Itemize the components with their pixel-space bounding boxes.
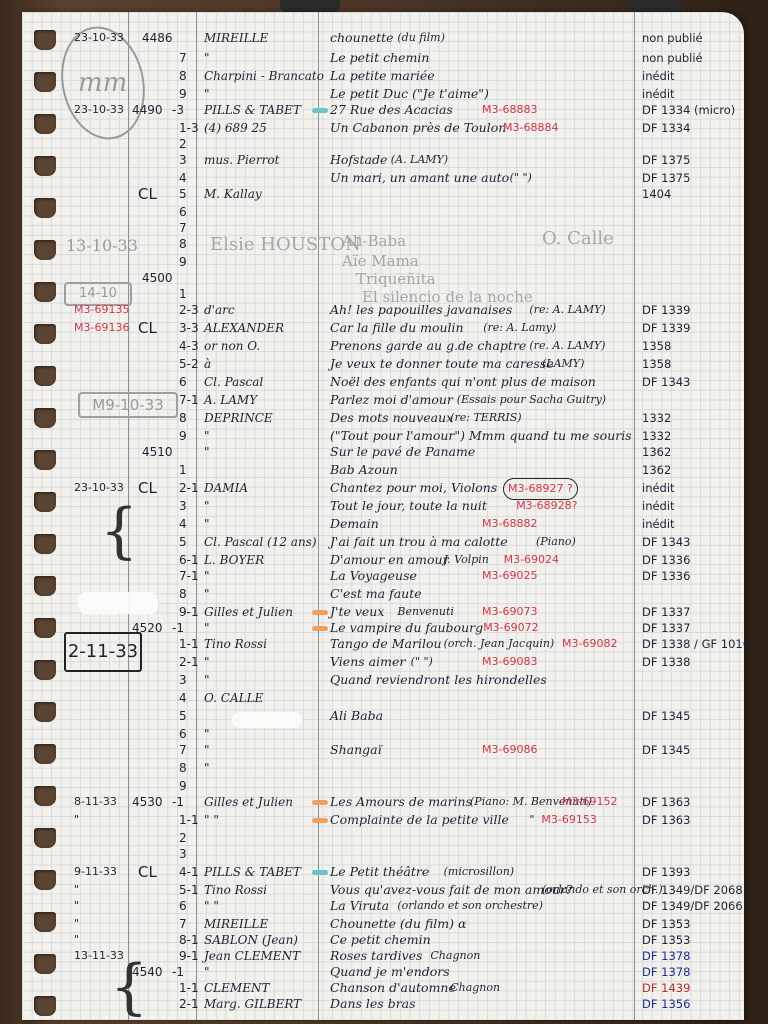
binder-hole (34, 828, 56, 848)
artist-name: mus. Pierrot (204, 150, 279, 170)
register-row: 3mus. PierrotHofstade(A. LAMY)DF 1375 (22, 150, 744, 170)
highlight-marker (312, 626, 328, 631)
register-row: 23-10-33CL2-1DAMIAChantez pour moi, Viol… (22, 478, 744, 498)
song-title: Ah! les papouilles javanaises (330, 300, 512, 320)
register-row: 7"ShangaïM3-69086DF 1345 (22, 740, 744, 760)
annotation: (A. LAMY) (391, 150, 448, 170)
artist-name: A. LAMY (204, 390, 257, 410)
take-number: 8 (179, 408, 187, 428)
catalog-reference: DF 1356 (642, 994, 690, 1014)
artist-name: Cl. Pascal (204, 372, 263, 392)
register-row: M3-69136CL3-3ALEXANDERCar la fille du mo… (22, 318, 744, 338)
song-title: Des mots nouveaux (330, 408, 453, 428)
catalog-reference: DF 1336 (642, 566, 690, 586)
serial-number: 4510 (142, 442, 173, 462)
date-cell: 9-11-33 (74, 862, 117, 882)
artist-name: " (204, 758, 210, 778)
register-row: 3 (22, 844, 744, 864)
catalog-reference: 1358 (642, 354, 671, 374)
artist-name: Tino Rossi (204, 634, 267, 654)
binder-hole (34, 660, 56, 680)
take-number: 6 (179, 372, 187, 392)
catalog-reference: non publié (642, 48, 703, 68)
serial-number: 4490 (132, 100, 163, 120)
artist-name: " (204, 514, 210, 534)
take-number: 3 (179, 496, 187, 516)
song-title: Hofstade (330, 150, 387, 170)
cl-mark: CL (138, 862, 157, 882)
take-number: 4 (179, 688, 187, 708)
take-number: 4 (179, 514, 187, 534)
binder-hole (34, 156, 56, 176)
song-title: Le Petit théâtre (330, 862, 429, 882)
catalog-reference: non publié (642, 28, 703, 48)
artist-name: or non O. (204, 336, 260, 356)
matrix-number: M3-68928? (516, 496, 577, 516)
take-number: 4-3 (179, 336, 199, 356)
catalog-reference: DF 1339 (642, 300, 690, 320)
take-number: -3 (172, 100, 184, 120)
take-number: 1-1 (179, 810, 199, 830)
take-number: 2-1 (179, 652, 199, 672)
annotation: (Piano) (536, 532, 576, 552)
binder-clip (630, 0, 680, 12)
binder-hole (34, 534, 56, 554)
artist-name: " (204, 566, 210, 586)
song-title: Tango de Marilou (330, 634, 442, 654)
song-title: Prenons garde au g.de chaptre (330, 336, 526, 356)
annotation: (re. A. LAMY) (529, 336, 605, 356)
artist-name: " " (204, 810, 219, 830)
matrix-number: M3-68883 (482, 100, 537, 120)
register-row: 23-10-334490-3PILLS & TABET27 Rue des Ac… (22, 100, 744, 120)
highlight-marker (312, 870, 328, 875)
take-number: 3-3 (179, 318, 199, 338)
catalog-reference: DF 1339 (642, 318, 690, 338)
register-row: 5-2àJe veux te donner toute ma caresse(L… (22, 354, 744, 374)
artist-name: " (204, 48, 210, 68)
catalog-reference: DF 1338 / GF 1016 (642, 634, 750, 654)
song-title: Chantez pour moi, Violons (330, 478, 497, 498)
artist-name: DAMIA (204, 478, 248, 498)
song-title: Sur le pavé de Paname (330, 442, 475, 462)
take-number: 8 (179, 66, 187, 86)
register-row: 1Bab Azoun1362 (22, 460, 744, 480)
register-row: 4-3or non O.Prenons garde au g.de chaptr… (22, 336, 744, 356)
song-title: J'ai fait un trou à ma calotte (330, 532, 508, 552)
song-title: 27 Rue des Acacias (330, 100, 453, 120)
register-row: 2-1"Viens aimer(" ")M3-69083DF 1338 (22, 652, 744, 672)
annotation: (re: TERRIS) (450, 408, 521, 428)
take-number: 7 (179, 48, 187, 68)
notebook-page: mm 13-10-33 14-10 M9-10-33 Elsie HOUSTON… (22, 12, 744, 1020)
take-number: 1 (179, 460, 187, 480)
song-title: Noël des enfants qui n'ont plus de maiso… (330, 372, 596, 392)
binder-hole (34, 114, 56, 134)
song-title: Complainte de la petite ville (330, 810, 509, 830)
register-row: 7"Le petit cheminnon publié (22, 48, 744, 68)
artist-name: " (204, 670, 210, 690)
song-title: chounette (330, 28, 394, 48)
date-cell: 23-10-33 (74, 478, 124, 498)
catalog-reference: DF 1345 (642, 740, 690, 760)
artist-name: Marg. GILBERT (204, 994, 301, 1014)
take-number: 8 (179, 584, 187, 604)
song-title: Quand reviendront les hirondelles (330, 670, 547, 690)
matrix-number: M3-69152 (562, 792, 617, 812)
take-number: -1 (172, 792, 184, 812)
artist-name: Charpini - Brancato (204, 66, 324, 86)
song-title: La Viruta (330, 896, 389, 916)
catalog-reference: 1358 (642, 336, 671, 356)
register-row: "1-1" "Complainte de la petite ville"M3-… (22, 810, 744, 830)
artist-name: " (204, 584, 210, 604)
catalog-reference: DF 1393 (642, 862, 690, 882)
binder-hole (34, 744, 56, 764)
serial-number: 4486 (142, 28, 173, 48)
annotation: (microsillon) (444, 862, 514, 882)
song-title: Le petit chemin (330, 48, 429, 68)
highlight-marker (312, 800, 328, 805)
annotation: (orlando et son orchestre) (397, 896, 543, 916)
register-row: 9-11-33CL4-1PILLS & TABETLe Petit théâtr… (22, 862, 744, 882)
catalog-reference: inédit (642, 514, 675, 534)
take-number: 8 (179, 234, 187, 254)
matrix-number: M3-69083 (482, 652, 537, 672)
date-cell: 23-10-33 (74, 100, 124, 120)
binder-hole (34, 30, 56, 50)
binder-clip (280, 0, 340, 12)
take-number: 5 (179, 184, 187, 204)
binder-hole (34, 450, 56, 470)
cl-mark: CL (138, 318, 157, 338)
binder-hole (34, 954, 56, 974)
take-number: 1-1 (179, 634, 199, 654)
take-number: 6 (179, 896, 187, 916)
artist-name: d'arc (204, 300, 235, 320)
matrix-number: M3-69025 (482, 566, 537, 586)
binder-hole (34, 240, 56, 260)
artist-name: PILLS & TABET (204, 100, 301, 120)
artist-name: M. Kallay (204, 184, 262, 204)
catalog-reference: DF 1345 (642, 706, 690, 726)
artist-name: " (204, 740, 210, 760)
highlight-marker (312, 610, 328, 615)
song-title: Shangaï (330, 740, 382, 760)
take-number: 7-1 (179, 390, 199, 410)
catalog-reference: 1362 (642, 442, 671, 462)
catalog-reference: inédit (642, 478, 675, 498)
take-number: 3 (179, 844, 187, 864)
catalog-reference: 1404 (642, 184, 671, 204)
song-title: Demain (330, 514, 379, 534)
binder-hole (34, 912, 56, 932)
date-cell: 8-11-33 (74, 792, 117, 812)
binder-hole (34, 366, 56, 386)
take-number: 2-1 (179, 478, 199, 498)
song-title: La petite mariée (330, 66, 435, 86)
register-row: 5Ali BabaDF 1345 (22, 706, 744, 726)
annotation: (re: A. LAMY) (529, 300, 605, 320)
artist-name: " (204, 442, 210, 462)
highlight-marker (312, 818, 328, 823)
catalog-reference: DF 1363 (642, 792, 690, 812)
take-number: 3 (179, 150, 187, 170)
binder-hole (34, 282, 56, 302)
matrix-number: M3-69086 (482, 740, 537, 760)
song-title: La Voyageuse (330, 566, 417, 586)
highlight-marker (312, 108, 328, 113)
catalog-reference: DF 1363 (642, 810, 690, 830)
date-cell: " (74, 810, 79, 830)
matrix-number: M3-68882 (482, 514, 537, 534)
take-number: 5 (179, 706, 187, 726)
song-title: Bab Azoun (330, 460, 398, 480)
binder-hole (34, 996, 56, 1016)
take-number: 2-1 (179, 994, 199, 1014)
artist-name: ALEXANDER (204, 318, 284, 338)
catalog-reference: DF 1343 (642, 372, 690, 392)
artist-name: MIREILLE (204, 28, 268, 48)
catalog-reference: DF 1375 (642, 150, 690, 170)
register-row: "6" "La Viruta(orlando et son orchestre)… (22, 896, 744, 916)
take-number: 5 (179, 532, 187, 552)
register-row: 7-1A. LAMYParlez moi d'amour(Essais pour… (22, 390, 744, 410)
binder-hole (34, 702, 56, 722)
annotation: (Essais pour Sacha Guitry) (457, 390, 606, 410)
catalog-reference: inédit (642, 496, 675, 516)
register-row: 8"C'est ma faute (22, 584, 744, 604)
take-number: 2-3 (179, 300, 199, 320)
take-number: 7-1 (179, 566, 199, 586)
register-row: M3-691352-3d'arcAh! les papouilles javan… (22, 300, 744, 320)
artist-name: PILLS & TABET (204, 862, 301, 882)
register-row: 3"Quand reviendront les hirondelles (22, 670, 744, 690)
register-row: 4"DemainM3-68882inédit (22, 514, 744, 534)
song-title: Je veux te donner toute ma caresse (330, 354, 554, 374)
take-number: 3 (179, 670, 187, 690)
binder-hole (34, 72, 56, 92)
register-row: 4O. CALLE (22, 688, 744, 708)
song-title: Viens aimer (330, 652, 405, 672)
matrix-number: M3-69082 (562, 634, 617, 654)
cl-mark: CL (138, 478, 157, 498)
catalog-reference: DF 1338 (642, 652, 690, 672)
artist-name: DEPRINCE (204, 408, 273, 428)
song-title: C'est ma faute (330, 584, 422, 604)
annotation: " (529, 810, 534, 830)
take-number: 5-2 (179, 354, 199, 374)
date-cell: M3-69136 (74, 318, 129, 338)
register-row: 4510"Sur le pavé de Paname1362 (22, 442, 744, 462)
song-title: Car la fille du moulin (330, 318, 464, 338)
register-row: 8" (22, 758, 744, 778)
song-title: Ali Baba (330, 706, 383, 726)
annotation: (re: A. Lamy) (483, 318, 556, 338)
register-row: 8DEPRINCEDes mots nouveaux(re: TERRIS)13… (22, 408, 744, 428)
register-row: 8 (22, 234, 744, 254)
take-number: 8 (179, 758, 187, 778)
register-row: 3"Tout le jour, toute la nuitM3-68928?in… (22, 496, 744, 516)
artist-name: à (204, 354, 211, 374)
cl-mark: CL (138, 184, 157, 204)
matrix-number: M3-69153 (541, 810, 596, 830)
register-row: 2-1Marg. GILBERTDans les brasDF 1356 (22, 994, 744, 1014)
catalog-reference: DF 1349/DF 2066 (642, 896, 743, 916)
binder-hole (34, 870, 56, 890)
annotation: (" ") (411, 652, 433, 672)
binder-hole (34, 324, 56, 344)
song-title: Dans les bras (330, 994, 416, 1014)
register-row: CL5M. Kallay1404 (22, 184, 744, 204)
artist-name: " (204, 496, 210, 516)
register-row: 7-1"La VoyageuseM3-69025DF 1336 (22, 566, 744, 586)
song-title: Tout le jour, toute la nuit (330, 496, 487, 516)
annotation: (orch. Jean Jacquin) (444, 634, 555, 654)
register-row: 1-1Tino RossiTango de Marilou(orch. Jean… (22, 634, 744, 654)
catalog-reference: DF 1334 (micro) (642, 100, 735, 120)
artist-name: " (204, 652, 210, 672)
take-number: 7 (179, 740, 187, 760)
register-row: 8Charpini - BrancatoLa petite mariéeinéd… (22, 66, 744, 86)
catalog-reference: 1332 (642, 408, 671, 428)
binder-hole (34, 576, 56, 596)
serial-number: 4530 (132, 792, 163, 812)
artist-name: Cl. Pascal (12 ans) (204, 532, 317, 552)
binder-hole (34, 198, 56, 218)
register-row: 5Cl. Pascal (12 ans)J'ai fait un trou à … (22, 532, 744, 552)
artist-name: Gilles et Julien (204, 792, 293, 812)
artist-name: O. CALLE (204, 688, 263, 708)
date-cell: " (74, 896, 79, 916)
binder-hole (34, 786, 56, 806)
binder-hole (34, 618, 56, 638)
take-number: 4-1 (179, 862, 199, 882)
catalog-reference: inédit (642, 66, 675, 86)
artist-name: " " (204, 896, 219, 916)
register-row: 6Cl. PascalNoël des enfants qui n'ont pl… (22, 372, 744, 392)
annotation: (du film) (397, 28, 445, 48)
date-cell: M3-69135 (74, 300, 129, 320)
catalog-reference: DF 1343 (642, 532, 690, 552)
song-title: Les Amours de marins (330, 792, 472, 812)
register-row: 23-10-334486MIREILLEchounette(du film)no… (22, 28, 744, 48)
annotation: (LAMY) (542, 354, 584, 374)
catalog-reference: 1362 (642, 460, 671, 480)
binder-hole (34, 492, 56, 512)
binder-hole (34, 408, 56, 428)
register-row: 8-11-334530-1Gilles et JulienLes Amours … (22, 792, 744, 812)
date-cell: 23-10-33 (74, 28, 124, 48)
song-title: Parlez moi d'amour (330, 390, 453, 410)
